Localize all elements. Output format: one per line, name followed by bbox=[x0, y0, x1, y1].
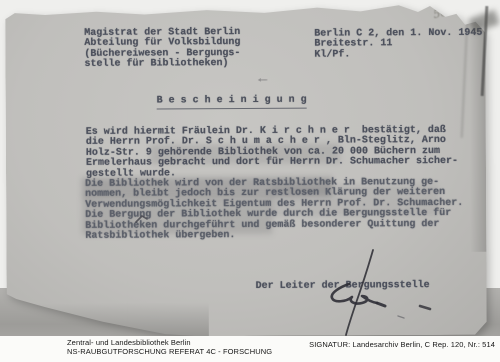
signature-caption: Der Leiter der Bergungsstelle bbox=[256, 281, 430, 292]
paragraph-2: Die Bibliothek wird von der Ratsbiblioth… bbox=[85, 178, 463, 242]
paper-sheet: Magistrat der Stadt Berlin Abteilung für… bbox=[5, 3, 487, 338]
sender-line: stelle für Bibliotheken) bbox=[84, 59, 240, 70]
date-place-block: Berlin C 2, den 1. Nov. 1945 Breitestr. … bbox=[314, 29, 482, 61]
paper-edge-shading bbox=[7, 302, 209, 337]
body-line: Ratsbibliothek übergeben. bbox=[85, 230, 463, 242]
small-arrow-mark bbox=[258, 78, 268, 82]
archive-caption-bar: Zentral- und Landesbibliothek Berlin NS-… bbox=[0, 336, 500, 362]
sender-address-block: Magistrat der Stadt Berlin Abteilung für… bbox=[84, 28, 240, 70]
document-scan: Magistrat der Stadt Berlin Abteilung für… bbox=[0, 0, 500, 362]
library-credit: Zentral- und Landesbibliothek Berlin NS-… bbox=[67, 338, 272, 356]
paragraph-1: Es wird hiermit Fräulein Dr. K i r c h n… bbox=[86, 126, 458, 180]
archive-signatur: SIGNATUR: Landesarchiv Berlin, C Rep. 12… bbox=[309, 340, 495, 349]
paper-sheet-wrap: Magistrat der Stadt Berlin Abteilung für… bbox=[0, 0, 500, 362]
pencil-number: 50 bbox=[432, 6, 448, 22]
library-name: Zentral- und Landesbibliothek Berlin bbox=[67, 338, 272, 347]
reference-initials: Kl/Pf. bbox=[314, 50, 482, 61]
document-title: B e s c h e i n i g u n g bbox=[157, 95, 307, 110]
research-unit: NS-RAUBGUTFORSCHUNG REFERAT 4C - FORSCHU… bbox=[67, 347, 272, 356]
